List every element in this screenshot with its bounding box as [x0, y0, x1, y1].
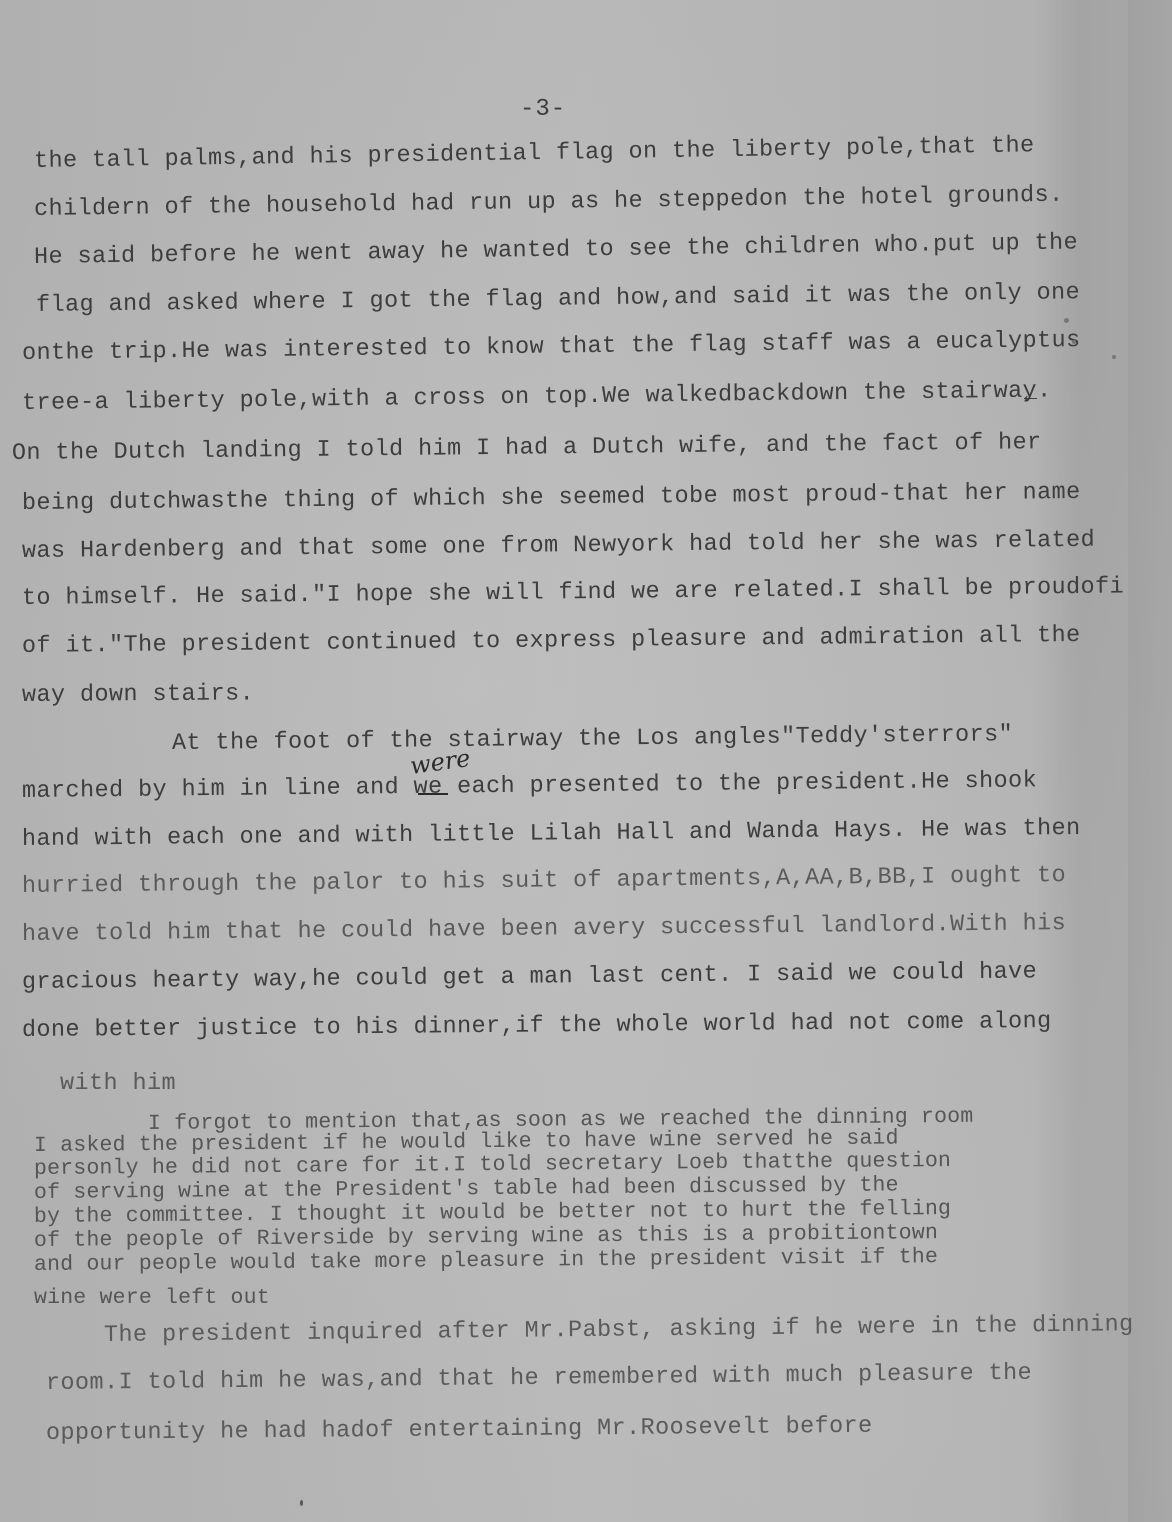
body-line-6: tree-a liberty pole,with a cross on top.… — [22, 377, 1052, 417]
strikethrough-mark — [418, 793, 448, 795]
body-line-1: the tall palms,and his presidential flag… — [34, 132, 1035, 175]
body-line-18: gracious hearty way,he could get a man l… — [22, 958, 1037, 996]
body-line-2: childern of the household had run up as … — [34, 182, 1064, 223]
body-line-15: hand with each one and with little Lilah… — [22, 815, 1081, 853]
ink-speck — [300, 1500, 303, 1506]
body-line-12: way down stairs. — [22, 680, 254, 709]
body-line-8: being dutchwasthe thing of which she see… — [22, 479, 1081, 517]
body-line-19: done better justice to his dinner,if the… — [22, 1008, 1052, 1044]
body-line-9: was Hardenberg and that some one from Ne… — [22, 527, 1095, 565]
scanned-page: -3- the tall palms,and his presidential … — [0, 0, 1172, 1522]
body-line-10: to himself. He said."I hope she will fin… — [22, 573, 1124, 612]
body-line-5: onthe trip.He was interested to know tha… — [22, 327, 1081, 367]
body-line-3: He said before he went away he wanted to… — [34, 229, 1078, 271]
body-line-11: of it."The president continued to expres… — [22, 622, 1081, 660]
closing-line-3: opportunity he had hadof entertaining Mr… — [46, 1413, 873, 1447]
ink-speck — [1112, 355, 1116, 359]
body-line-20: with him — [60, 1070, 176, 1097]
ink-speck — [1064, 318, 1069, 323]
margin-arrow-icon: ← — [1024, 384, 1037, 409]
body-line-16: hurried through the palor to his suit of… — [22, 862, 1066, 900]
page-edge-shadow — [1128, 0, 1172, 1522]
body-line-7: On the Dutch landing I told him I had a … — [12, 429, 1042, 467]
page-number: -3- — [520, 96, 566, 123]
body-line-17: have told him that he could have been av… — [22, 910, 1066, 948]
closing-line-2: room.I told him he was,and that he remem… — [46, 1360, 1032, 1397]
body-line-14: marched by him in line and we each prese… — [22, 767, 1037, 805]
body-line-13: At the foot of the stairway the Los angl… — [172, 721, 1013, 757]
insert-line-8: wine were left out — [34, 1286, 270, 1310]
closing-line-1: The president inquired after Mr.Pabst, a… — [104, 1311, 1134, 1349]
body-line-4: flag and asked where I got the flag and … — [36, 279, 1080, 319]
ink-speck — [1072, 340, 1076, 344]
